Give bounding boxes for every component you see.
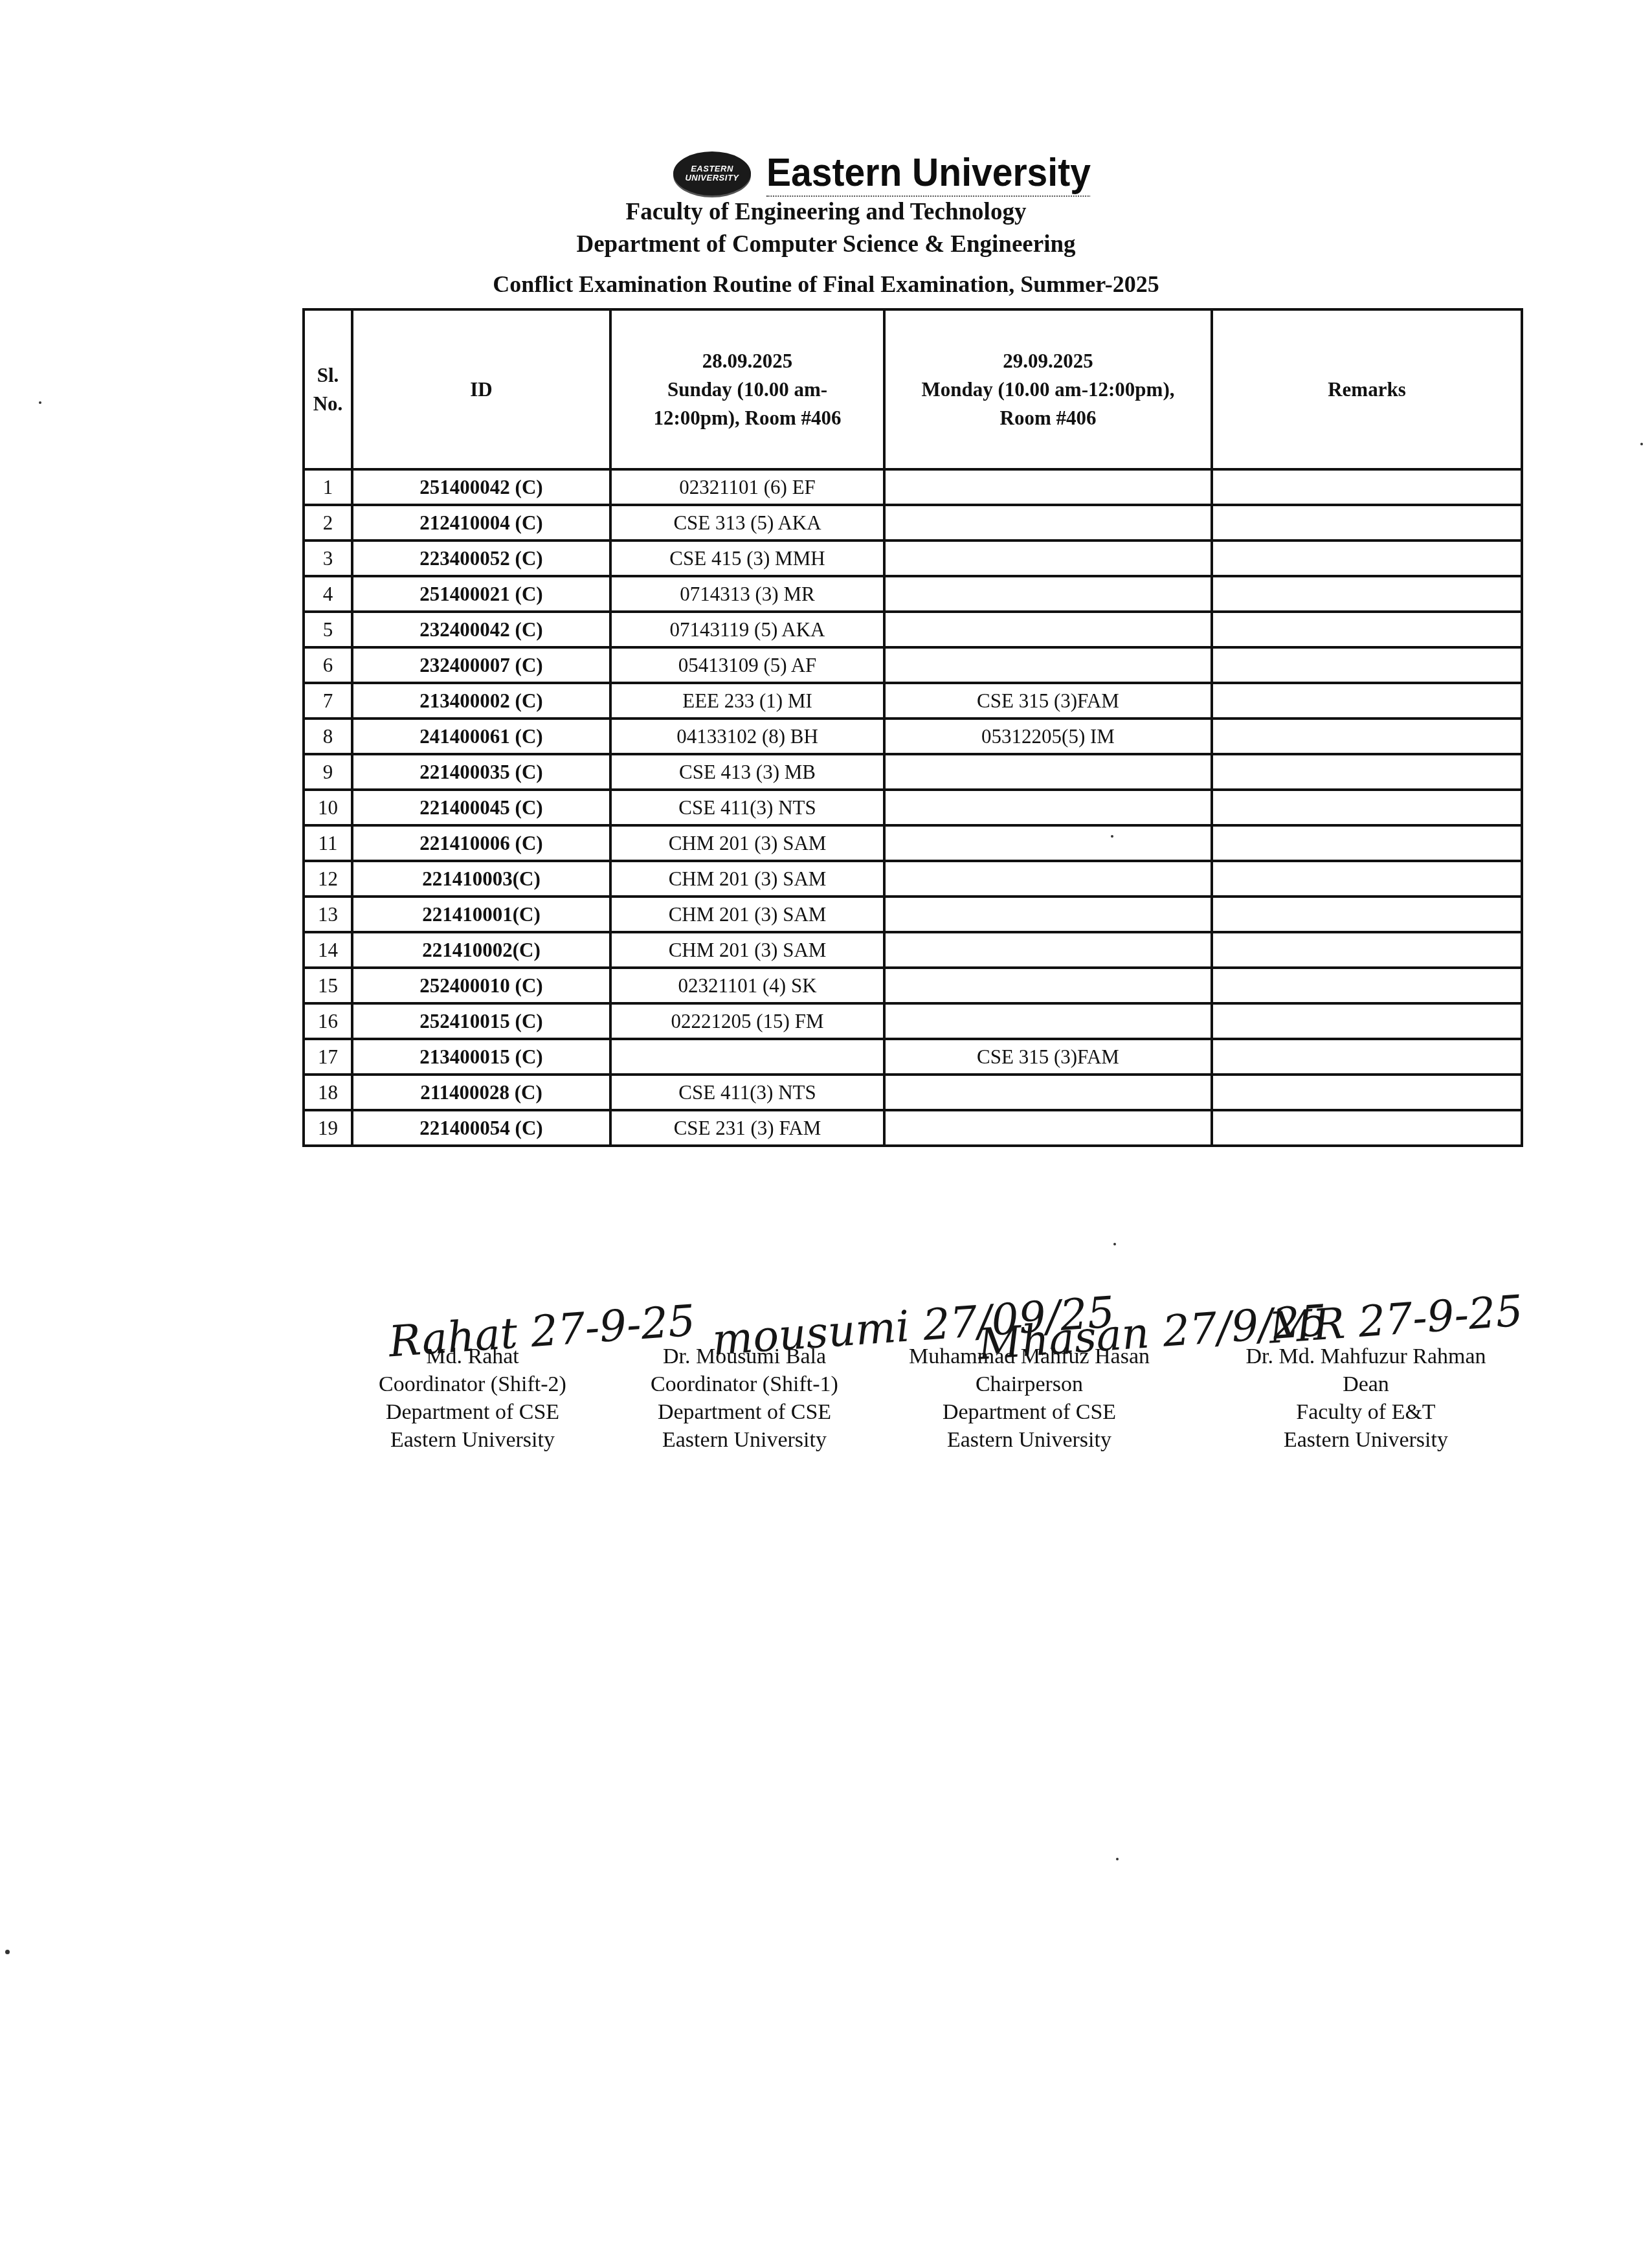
col-header-sl: Sl. No.: [304, 309, 352, 469]
logo-text-line1: EASTERN: [691, 164, 733, 173]
remarks-cell: [1212, 719, 1522, 754]
day1-course-cell: CHM 201 (3) SAM: [610, 932, 884, 968]
serial-cell: 17: [304, 1039, 352, 1075]
student-id-cell: 232400042 (C): [352, 612, 610, 647]
student-id-cell: 212410004 (C): [352, 505, 610, 541]
table-body: 1251400042 (C)02321101 (6) EF2212410004 …: [304, 469, 1522, 1146]
day1-course-cell: CSE 313 (5) AKA: [610, 505, 884, 541]
remarks-cell: [1212, 647, 1522, 683]
serial-cell: 14: [304, 932, 352, 968]
day1-course-cell: CHM 201 (3) SAM: [610, 825, 884, 861]
student-id-cell: 213400015 (C): [352, 1039, 610, 1075]
table-row: 3223400052 (C)CSE 415 (3) MMH: [304, 541, 1522, 576]
remarks-cell: [1212, 861, 1522, 897]
day2-course-cell: [884, 861, 1212, 897]
day2-course-cell: [884, 754, 1212, 790]
university-name: Eastern University: [766, 150, 1091, 197]
logo-text-line2: UNIVERSITY: [685, 173, 739, 183]
remarks-cell: [1212, 576, 1522, 612]
student-id-cell: 213400002 (C): [352, 683, 610, 719]
col-header-day1: 28.09.2025 Sunday (10.00 am- 12:00pm), R…: [610, 309, 884, 469]
signatory-unit: Faculty of E&T: [1204, 1398, 1528, 1426]
student-id-cell: 251400021 (C): [352, 576, 610, 612]
day2-course-cell: [884, 1003, 1212, 1039]
table-row: 1251400042 (C)02321101 (6) EF: [304, 469, 1522, 505]
signatory-name: Dr. Mousumi Bala: [583, 1343, 906, 1370]
student-id-cell: 221410001(C): [352, 897, 610, 932]
col-header-day2: 29.09.2025 Monday (10.00 am-12:00pm), Ro…: [884, 309, 1212, 469]
day1-course-cell: CSE 415 (3) MMH: [610, 541, 884, 576]
table-row: 5232400042 (C)07143119 (5) AKA: [304, 612, 1522, 647]
serial-cell: 5: [304, 612, 352, 647]
day2-course-cell: [884, 541, 1212, 576]
student-id-cell: 241400061 (C): [352, 719, 610, 754]
department-name: Department of Computer Science & Enginee…: [0, 230, 1652, 258]
serial-cell: 2: [304, 505, 352, 541]
col-header-id: ID: [352, 309, 610, 469]
day1-course-cell: 02321101 (4) SK: [610, 968, 884, 1003]
serial-cell: 7: [304, 683, 352, 719]
remarks-cell: [1212, 683, 1522, 719]
day2-course-cell: CSE 315 (3)FAM: [884, 683, 1212, 719]
day1-course-cell: CSE 411(3) NTS: [610, 1075, 884, 1110]
table-row: 2212410004 (C)CSE 313 (5) AKA: [304, 505, 1522, 541]
scan-speck: [1116, 1858, 1119, 1860]
day2-course-cell: [884, 897, 1212, 932]
table-row: 15252400010 (C)02321101 (4) SK: [304, 968, 1522, 1003]
day2-course-cell: [884, 932, 1212, 968]
signatory-org: Eastern University: [583, 1426, 906, 1454]
col-header-remarks: Remarks: [1212, 309, 1522, 469]
day1-course-cell: CHM 201 (3) SAM: [610, 897, 884, 932]
scan-speck: [1640, 443, 1643, 445]
day1-course-cell: 04133102 (8) BH: [610, 719, 884, 754]
university-logo-icon: EASTERN UNIVERSITY: [673, 151, 751, 195]
serial-cell: 10: [304, 790, 352, 825]
signatory-role: Chairperson: [867, 1370, 1191, 1398]
remarks-cell: [1212, 1039, 1522, 1075]
table-row: 12221410003(C)CHM 201 (3) SAM: [304, 861, 1522, 897]
day2-date: 29.09.2025: [1003, 350, 1093, 372]
student-id-cell: 221410003(C): [352, 861, 610, 897]
remarks-cell: [1212, 1110, 1522, 1146]
signatory-role: Dean: [1204, 1370, 1528, 1398]
day2-course-cell: [884, 612, 1212, 647]
day1-course-cell: CHM 201 (3) SAM: [610, 861, 884, 897]
day1-course-cell: 02221205 (15) FM: [610, 1003, 884, 1039]
serial-cell: 19: [304, 1110, 352, 1146]
table-row: 8241400061 (C)04133102 (8) BH05312205(5)…: [304, 719, 1522, 754]
student-id-cell: 211400028 (C): [352, 1075, 610, 1110]
table-row: 17213400015 (C)CSE 315 (3)FAM: [304, 1039, 1522, 1075]
signatory-block: Dr. Md. Mahfuzur RahmanDeanFaculty of E&…: [1204, 1343, 1528, 1454]
day2-course-cell: [884, 469, 1212, 505]
day1-time: Sunday (10.00 am-: [667, 378, 827, 401]
student-id-cell: 221410002(C): [352, 932, 610, 968]
serial-cell: 11: [304, 825, 352, 861]
day2-time: Monday (10.00 am-12:00pm),: [922, 378, 1175, 401]
table-row: 14221410002(C)CHM 201 (3) SAM: [304, 932, 1522, 968]
remarks-cell: [1212, 612, 1522, 647]
table-row: 10221400045 (C)CSE 411(3) NTS: [304, 790, 1522, 825]
university-brand: EASTERN UNIVERSITY Eastern University: [673, 148, 1119, 199]
day1-course-cell: CSE 231 (3) FAM: [610, 1110, 884, 1146]
serial-cell: 13: [304, 897, 352, 932]
table-row: 18211400028 (C)CSE 411(3) NTS: [304, 1075, 1522, 1110]
student-id-cell: 221400035 (C): [352, 754, 610, 790]
day1-course-cell: 0714313 (3) MR: [610, 576, 884, 612]
routine-table: Sl. No. ID 28.09.2025 Sunday (10.00 am- …: [302, 308, 1523, 1147]
day1-course-cell: 05413109 (5) AF: [610, 647, 884, 683]
student-id-cell: 232400007 (C): [352, 647, 610, 683]
signatory-name: Dr. Md. Mahfuzur Rahman: [1204, 1343, 1528, 1370]
student-id-cell: 252400010 (C): [352, 968, 610, 1003]
remarks-cell: [1212, 897, 1522, 932]
sl-header-line2: No.: [313, 392, 343, 415]
serial-cell: 8: [304, 719, 352, 754]
serial-cell: 1: [304, 469, 352, 505]
student-id-cell: 221400054 (C): [352, 1110, 610, 1146]
student-id-cell: 223400052 (C): [352, 541, 610, 576]
faculty-name: Faculty of Engineering and Technology: [0, 198, 1652, 226]
remarks-cell: [1212, 1003, 1522, 1039]
day2-course-cell: [884, 790, 1212, 825]
table-row: 13221410001(C)CHM 201 (3) SAM: [304, 897, 1522, 932]
remarks-cell: [1212, 541, 1522, 576]
day1-course-cell: [610, 1039, 884, 1075]
student-id-cell: 252410015 (C): [352, 1003, 610, 1039]
document-title: Conflict Examination Routine of Final Ex…: [0, 271, 1652, 298]
day1-course-cell: 02321101 (6) EF: [610, 469, 884, 505]
serial-cell: 16: [304, 1003, 352, 1039]
day2-course-cell: [884, 647, 1212, 683]
day2-room: Room #406: [1000, 407, 1097, 429]
serial-cell: 3: [304, 541, 352, 576]
remarks-cell: [1212, 790, 1522, 825]
scan-speck: [39, 401, 41, 404]
remarks-cell: [1212, 1075, 1522, 1110]
signatory-org: Eastern University: [867, 1426, 1191, 1454]
day1-course-cell: 07143119 (5) AKA: [610, 612, 884, 647]
remarks-cell: [1212, 754, 1522, 790]
student-id-cell: 221410006 (C): [352, 825, 610, 861]
table-header-row: Sl. No. ID 28.09.2025 Sunday (10.00 am- …: [304, 309, 1522, 469]
table-row: 19221400054 (C)CSE 231 (3) FAM: [304, 1110, 1522, 1146]
day2-course-cell: [884, 505, 1212, 541]
signatory-block: Muhammad Mahfuz HasanChairpersonDepartme…: [867, 1343, 1191, 1454]
day1-date: 28.09.2025: [702, 350, 793, 372]
signatory-unit: Department of CSE: [583, 1398, 906, 1426]
signatory-org: Eastern University: [1204, 1426, 1528, 1454]
day1-course-cell: CSE 411(3) NTS: [610, 790, 884, 825]
sl-header-line1: Sl.: [317, 364, 339, 386]
day2-course-cell: [884, 576, 1212, 612]
serial-cell: 18: [304, 1075, 352, 1110]
day2-course-cell: [884, 968, 1212, 1003]
remarks-cell: [1212, 469, 1522, 505]
signatory-role: Coordinator (Shift-1): [583, 1370, 906, 1398]
scan-speck: [1111, 835, 1113, 838]
day1-room: 12:00pm), Room #406: [653, 407, 841, 429]
table-row: 16252410015 (C)02221205 (15) FM: [304, 1003, 1522, 1039]
table-row: 6232400007 (C)05413109 (5) AF: [304, 647, 1522, 683]
day2-course-cell: 05312205(5) IM: [884, 719, 1212, 754]
scan-speck: [1113, 1243, 1116, 1245]
scan-speck: [5, 1950, 10, 1954]
serial-cell: 12: [304, 861, 352, 897]
document-page: EASTERN UNIVERSITY Eastern University Fa…: [0, 0, 1652, 2263]
table-row: 4251400021 (C)0714313 (3) MR: [304, 576, 1522, 612]
table-row: 7213400002 (C)EEE 233 (1) MICSE 315 (3)F…: [304, 683, 1522, 719]
day1-course-cell: EEE 233 (1) MI: [610, 683, 884, 719]
serial-cell: 6: [304, 647, 352, 683]
student-id-cell: 251400042 (C): [352, 469, 610, 505]
remarks-cell: [1212, 932, 1522, 968]
signatory-name: Muhammad Mahfuz Hasan: [867, 1343, 1191, 1370]
remarks-cell: [1212, 825, 1522, 861]
day1-course-cell: CSE 413 (3) MB: [610, 754, 884, 790]
serial-cell: 9: [304, 754, 352, 790]
remarks-cell: [1212, 968, 1522, 1003]
remarks-cell: [1212, 505, 1522, 541]
day2-course-cell: CSE 315 (3)FAM: [884, 1039, 1212, 1075]
day2-course-cell: [884, 1110, 1212, 1146]
table-row: 9221400035 (C)CSE 413 (3) MB: [304, 754, 1522, 790]
signatory-block: Dr. Mousumi BalaCoordinator (Shift-1)Dep…: [583, 1343, 906, 1454]
signatory-unit: Department of CSE: [867, 1398, 1191, 1426]
table-row: 11221410006 (C)CHM 201 (3) SAM: [304, 825, 1522, 861]
serial-cell: 15: [304, 968, 352, 1003]
serial-cell: 4: [304, 576, 352, 612]
day2-course-cell: [884, 825, 1212, 861]
day2-course-cell: [884, 1075, 1212, 1110]
student-id-cell: 221400045 (C): [352, 790, 610, 825]
